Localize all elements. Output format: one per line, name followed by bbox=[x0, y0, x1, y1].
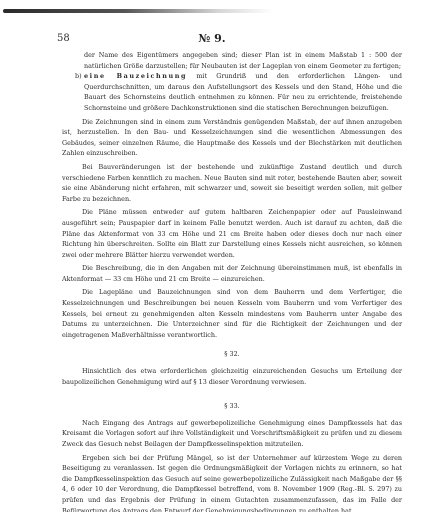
paragraph: Bei Bauveränderungen ist der bestehende … bbox=[62, 162, 402, 204]
paragraph: Ergeben sich bei der Prüfung Mängel, so … bbox=[62, 453, 402, 512]
section-heading: § 32. bbox=[62, 349, 402, 360]
item-lead: eine Bauzeichnung bbox=[84, 72, 187, 80]
paragraph: Die Beschreibung, die in den Angaben mit… bbox=[62, 263, 402, 284]
paragraph: Die Zeichnungen sind in einem zum Verstä… bbox=[62, 117, 402, 159]
section-heading: § 33. bbox=[62, 401, 402, 412]
paragraph: Die Pläne müssen entweder auf gutem halt… bbox=[62, 207, 402, 260]
paragraph: Die Lagepläne und Bauzeichnungen sind vo… bbox=[62, 287, 402, 340]
item-marker: b) bbox=[75, 71, 82, 82]
item-a-continuation: der Name des Eigentümers angegeben sind;… bbox=[62, 50, 402, 71]
issue-number: № 9. bbox=[0, 32, 424, 45]
list-item-b: b)eine Bauzeichnung mit Grundriß und den… bbox=[62, 71, 402, 113]
scan-edge-shadow bbox=[3, 9, 273, 13]
document-body: der Name des Eigentümers angegeben sind;… bbox=[62, 50, 402, 512]
paragraph: Nach Eingang des Antrags auf gewerbepoli… bbox=[62, 418, 402, 450]
paragraph: Hinsichtlich des etwa erforderlichen gle… bbox=[62, 366, 402, 387]
